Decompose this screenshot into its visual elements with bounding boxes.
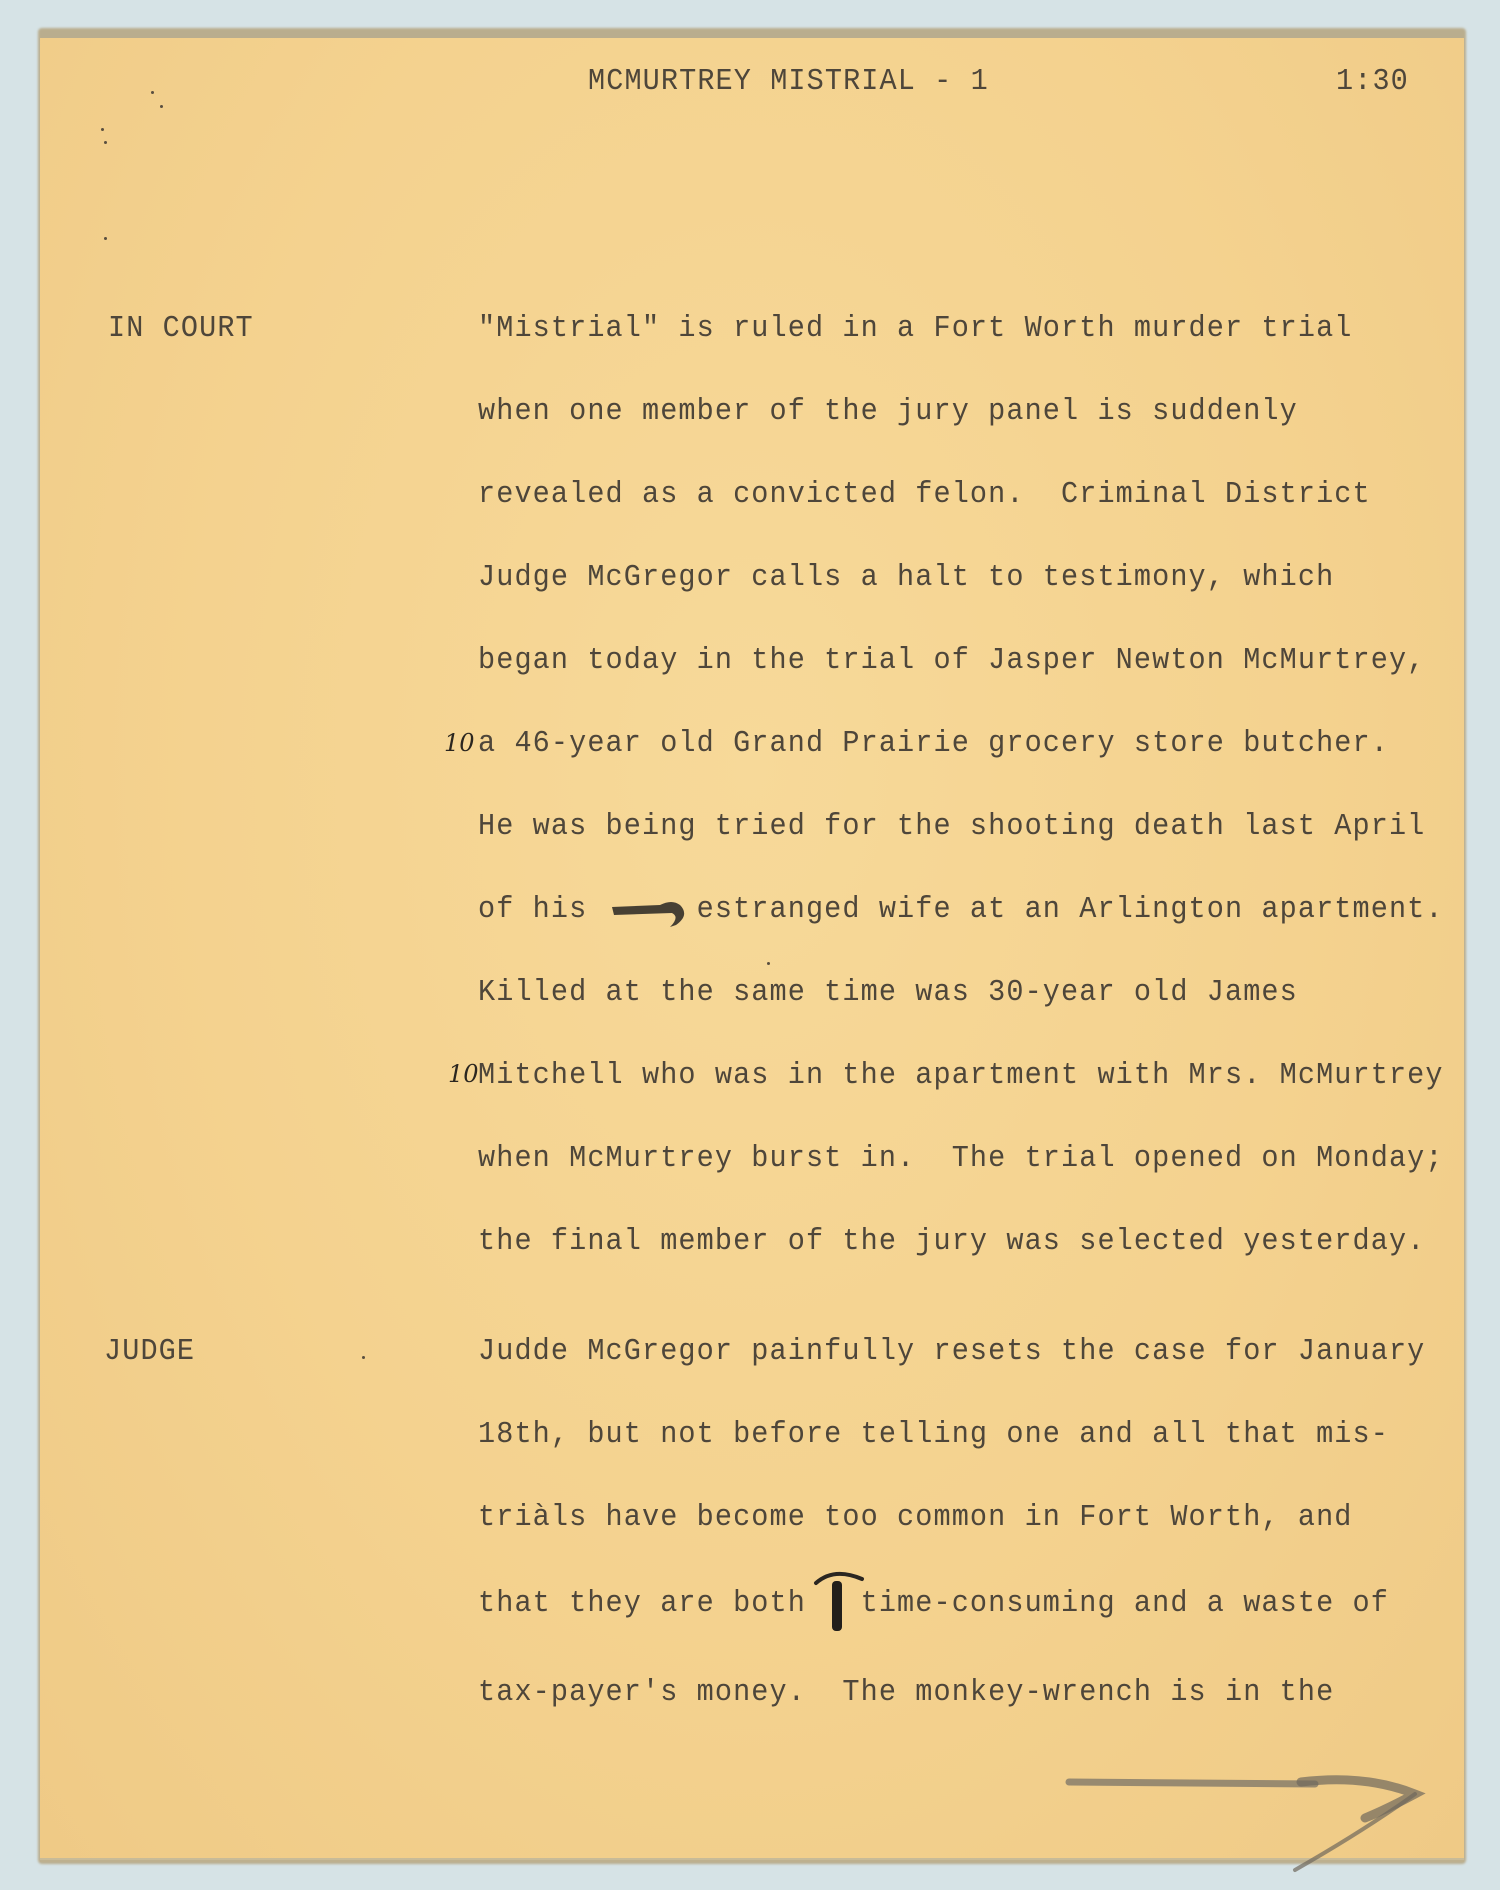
section-label-judge: JUDGE [104,1336,195,1367]
script-line: when one member of the jury panel is sud… [478,396,1298,427]
script-line: revealed as a convicted felon. Criminal … [478,479,1371,510]
paper-speck [767,962,770,965]
paper-speck [104,237,107,240]
paper-speck [362,1356,365,1359]
story-slug: MCMURTREY MISTRIAL - 1 [588,66,989,97]
script-line: Judge McGregor calls a halt to testimony… [478,562,1334,593]
caret-insert-icon [812,1565,868,1637]
script-line: when McMurtrey burst in. The trial opene… [478,1143,1444,1174]
script-line: Judde McGregor painfully resets the case… [478,1336,1425,1367]
script-line: "Mistrial" is ruled in a Fort Worth murd… [478,313,1353,344]
script-line: began today in the trial of Jasper Newto… [478,645,1425,676]
margin-annotation: 10 [444,731,475,755]
continue-arrow-icon [1065,1770,1435,1880]
script-line: that they are both time-consuming and a … [478,1588,1389,1619]
script-line: triàls have become too common in Fort Wo… [478,1502,1353,1533]
script-line: Mitchell who was in the apartment with M… [478,1060,1444,1091]
script-line: tax-payer's money. The monkey-wrench is … [478,1677,1334,1708]
paper-speck [151,91,154,94]
paper-speck [104,141,107,144]
section-label-in-court: IN COURT [108,313,254,344]
script-line: Killed at the same time was 30-year old … [478,977,1298,1008]
margin-annotation: 10 [448,1062,479,1086]
story-duration: 1:30 [1336,66,1409,97]
script-line: 18th, but not before telling one and all… [478,1419,1389,1450]
strikeout-blot-icon [610,895,688,929]
paper-speck [160,105,163,108]
script-line: a 46-year old Grand Prairie grocery stor… [478,728,1389,759]
paper-speck [101,128,104,131]
script-line: He was being tried for the shooting deat… [478,811,1425,842]
script-line: the final member of the jury was selecte… [478,1226,1425,1257]
